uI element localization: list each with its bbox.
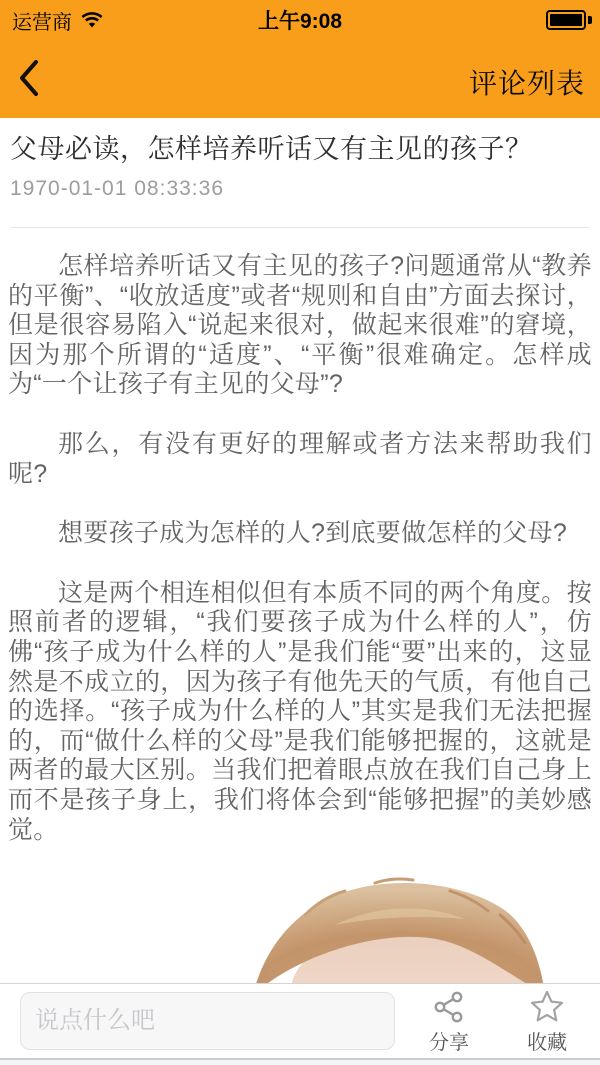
home-indicator-strip <box>0 1058 600 1065</box>
article-date: 1970-01-01 08:33:36 <box>10 177 590 201</box>
favorite-label: 收藏 <box>527 1026 567 1055</box>
comment-toolbar: 分享 收藏 <box>0 983 600 1058</box>
share-icon <box>432 988 466 1024</box>
share-label: 分享 <box>429 1026 469 1055</box>
battery-icon <box>546 10 586 30</box>
paragraph: 想要孩子成为怎样的人?到底要做怎样的父母? <box>8 519 592 549</box>
paragraph: 那么，有没有更好的理解或者方法来帮助我们呢? <box>8 430 592 489</box>
back-button[interactable] <box>14 58 54 102</box>
star-icon <box>529 988 565 1024</box>
clock: 上午9:08 <box>0 5 600 35</box>
article-body: 怎样培养听话又有主见的孩子?问题通常从“教养的平衡”、“收放适度”或者“规则和自… <box>0 228 600 1025</box>
status-bar: 运营商 上午9:08 <box>0 0 600 40</box>
paragraph: 怎样培养听话又有主见的孩子?问题通常从“教养的平衡”、“收放适度”或者“规则和自… <box>8 252 592 400</box>
battery-cap <box>588 16 592 24</box>
nav-bar: 评论列表 <box>0 40 600 118</box>
header: 运营商 上午9:08 <box>0 0 600 118</box>
page-title: 评论列表 <box>469 62 585 102</box>
article-title: 父母必读，怎样培养听话又有主见的孩子？ <box>10 131 590 168</box>
paragraph: 这是两个相连相似但有本质不同的两个角度。按照前者的逻辑，“我们要孩子成为什么样的… <box>8 579 592 845</box>
back-chevron-icon <box>14 56 42 105</box>
share-button[interactable]: 分享 <box>405 988 493 1055</box>
article-scroll-area[interactable]: 父母必读，怎样培养听话又有主见的孩子？ 1970-01-01 08:33:36 … <box>0 118 600 1065</box>
app-screen: 运营商 上午9:08 <box>0 0 600 1065</box>
article-header: 父母必读，怎样培养听话又有主见的孩子？ 1970-01-01 08:33:36 <box>0 118 600 228</box>
favorite-button[interactable]: 收藏 <box>503 988 591 1055</box>
comment-input[interactable] <box>20 992 395 1050</box>
